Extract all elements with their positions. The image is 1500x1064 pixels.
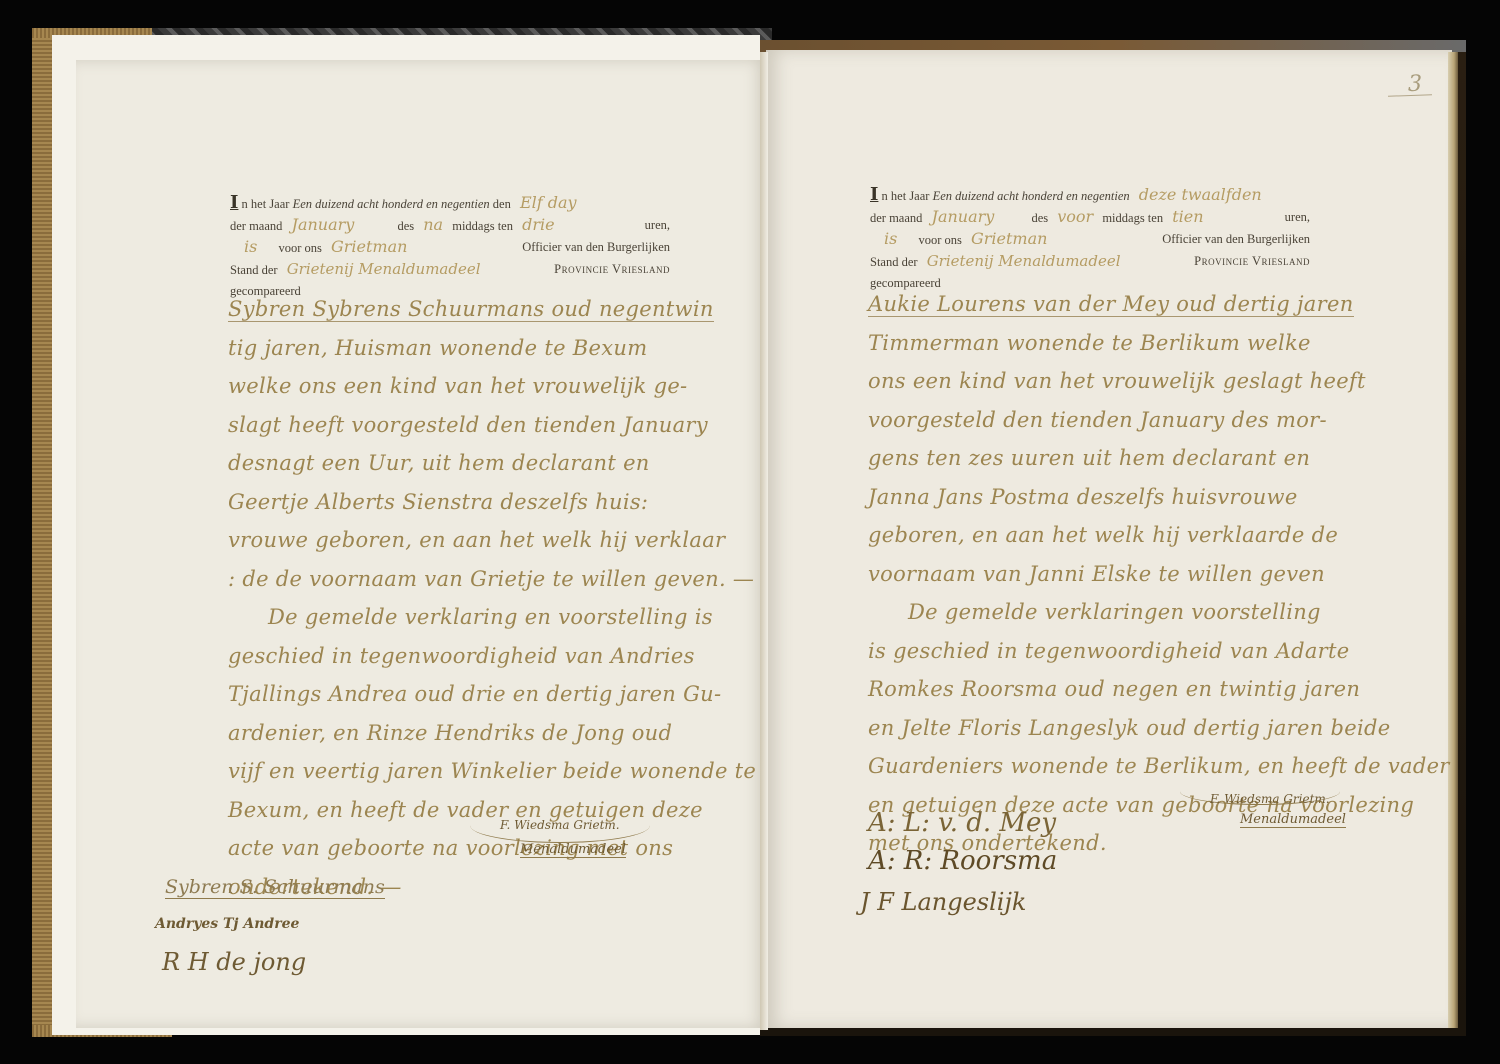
fill-hour: tien [1166, 207, 1209, 226]
body-line: De gemelde verklaringen voorstelling [868, 593, 1398, 632]
form-line-month: der maand January des voor middags ten t… [870, 206, 1310, 228]
signature-father: Sybren S. Schuurmans [165, 876, 385, 899]
fill-day: Elf day [514, 193, 583, 212]
fill-title: Grietman [965, 229, 1053, 248]
form-line-year: I n het Jaar Een duizend acht honderd en… [870, 184, 1310, 206]
right-official-signature: F. Wiedsma Grietm. Menaldumadeel [1180, 778, 1390, 848]
fill-day: deze twaalfden [1133, 185, 1268, 204]
left-printed-form: I n het Jaar Een duizend acht honderd en… [230, 192, 670, 302]
body-line: Janna Jans Postma deszelfs huisvrouwe [868, 478, 1398, 517]
body-line: tig jaren, Huisman wonende te Bexum [228, 329, 748, 368]
fill-title: Grietman [325, 237, 413, 256]
body-line: voornaam van Janni Elske te willen geven [868, 555, 1398, 594]
body-line: geboren, en aan het welk hij verklaarde … [868, 516, 1398, 555]
body-line: vrouwe geboren, en aan het welk hij verk… [228, 521, 748, 560]
body-line: slagt heeft voorgesteld den tienden Janu… [228, 406, 748, 445]
right-printed-form: I n het Jaar Een duizend acht honderd en… [870, 184, 1310, 294]
body-line: en Jelte Floris Langeslyk oud dertig jar… [868, 709, 1398, 748]
signature-witness-1: A: R: Roorsma [868, 846, 1057, 876]
form-line-stand: Stand der Grietenij Menaldumadeel Provin… [230, 258, 670, 280]
body-line: Tjallings Andrea oud drie en dertig jare… [228, 675, 748, 714]
body-line: Sybren Sybrens Schuurmans oud negentwin [228, 290, 748, 329]
fill-ampm: na [417, 215, 449, 234]
body-line: ons een kind van het vrouwelijk geslagt … [868, 362, 1398, 401]
form-line-month: der maand January des na middags ten dri… [230, 214, 670, 236]
fill-month: January [286, 215, 395, 234]
form-line-officer: is voor ons Grietman Officier van den Bu… [870, 228, 1310, 250]
body-line: Geertje Alberts Sienstra deszelfs huis: [228, 483, 748, 522]
right-handwritten-body: Aukie Lourens van der Mey oud dertig jar… [868, 285, 1398, 863]
gutter [760, 52, 768, 1030]
body-line: voorgesteld den tienden January des mor- [868, 401, 1398, 440]
fill-hour: drie [516, 215, 560, 234]
form-line-stand: Stand der Grietenij Menaldumadeel Provin… [870, 250, 1310, 272]
fill-place: Grietenij Menaldumadeel [921, 252, 1127, 270]
drop-cap: I [870, 184, 878, 205]
body-line: gens ten zes uuren uit hem declarant en [868, 439, 1398, 478]
fill-place: Grietenij Menaldumadeel [281, 260, 487, 278]
body-line: welke ons een kind van het vrouwelijk ge… [228, 367, 748, 406]
body-line: : de de voornaam van Grietje te willen g… [228, 560, 748, 599]
page-number: 3 [1408, 72, 1422, 97]
body-line: Romkes Roorsma oud negen en twintig jare… [868, 670, 1398, 709]
body-line: ardenier, en Rinze Hendriks de Jong oud [228, 714, 748, 753]
body-line: is geschied in tegenwoordigheid van Adar… [868, 632, 1398, 671]
body-line: geschied in tegenwoordigheid van Andries [228, 637, 748, 676]
left-official-signature: F. Wiedsma Grietm. Menaldumadeel [470, 808, 670, 878]
page-block-edge [1448, 52, 1458, 1028]
body-line: vijf en veertig jaren Winkelier beide wo… [228, 752, 748, 791]
signature-witness-1: Andryes Tj Andree [155, 916, 299, 932]
signature-father: A: L: v. d. Mey [868, 808, 1056, 838]
fill-month: January [926, 207, 1029, 226]
body-line: Aukie Lourens van der Mey oud dertig jar… [868, 285, 1398, 324]
form-line-year: I n het Jaar Een duizend acht honderd en… [230, 192, 670, 214]
body-line: desnagt een Uur, uit hem declarant en [228, 444, 748, 483]
signature-witness-2: J F Langeslijk [860, 888, 1026, 916]
body-line: De gemelde verklaring en voorstelling is [228, 598, 748, 637]
body-line: Timmerman wonende te Berlikum welke [868, 324, 1398, 363]
signature-witness-2: R H de jong [162, 948, 306, 976]
fill-ampm: voor [1051, 207, 1099, 226]
drop-cap: I [230, 192, 238, 213]
form-line-officer: is voor ons Grietman Officier van den Bu… [230, 236, 670, 258]
